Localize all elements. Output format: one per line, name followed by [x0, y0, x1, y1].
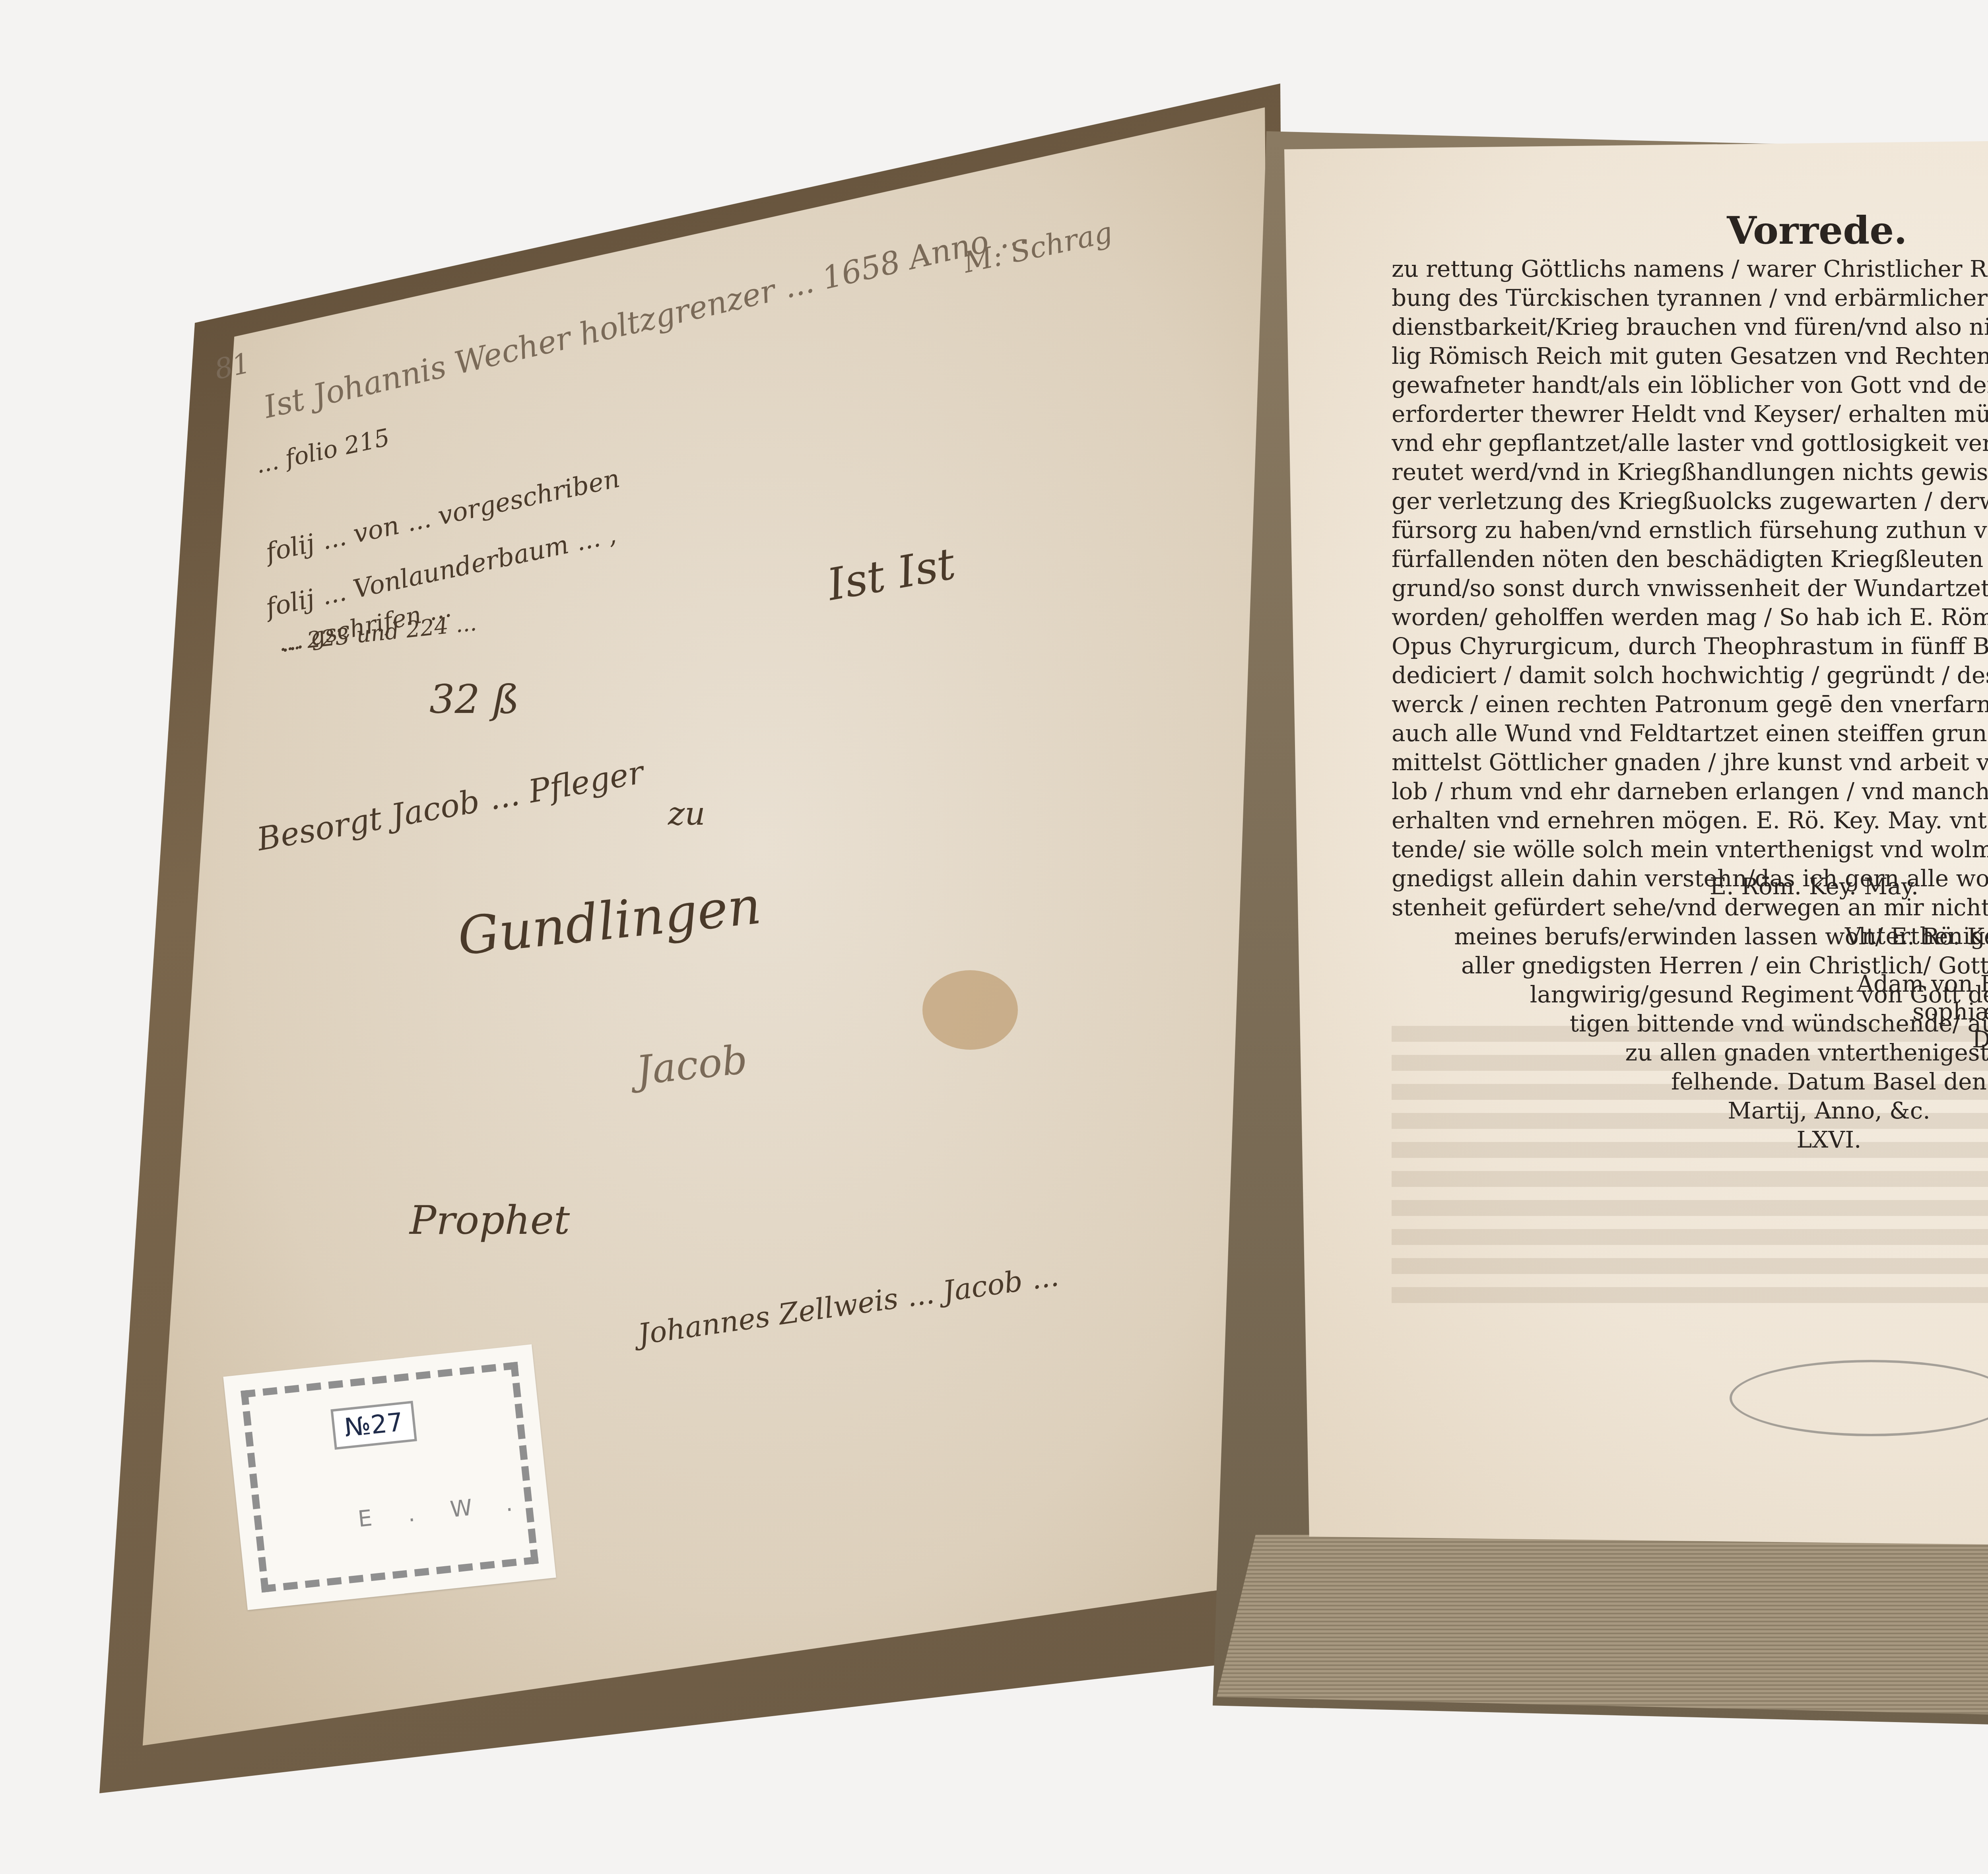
page-edges [1217, 1535, 1988, 1726]
text-line: grund/so sonst durch vnwissenheit der Wu… [1392, 574, 1988, 603]
photo-scene: 81 Ist Johannis Wecher holtzgrenzer ... … [0, 0, 1988, 1874]
text-line: felhende. Datum Basel den [1392, 1067, 1988, 1096]
page-heading: Vorrede. [1368, 207, 1988, 254]
text-line: dediciert / damit solch hochwichtig / ge… [1392, 661, 1988, 690]
inscription-price: 32 ß [429, 676, 519, 722]
text-line: tigen bittende vnd wündschende/ auch mic… [1392, 1009, 1988, 1038]
text-line: dienstbarkeit/Krieg brauchen vnd füren/v… [1392, 313, 1988, 342]
salutation: E. Röm. Key. May. [1710, 873, 1918, 900]
bookplate: №27 E.W. [223, 1344, 556, 1610]
inscription-zu: zu [668, 795, 705, 832]
inscription-prophet: Prophet [410, 1197, 570, 1243]
subscription: Vnterthenigster [1845, 922, 1988, 950]
text-line: erhalten vnd ernehren mögen. E. Rö. Key.… [1392, 806, 1988, 835]
preface-text: Vorrede. zu rettung Göttlichs namens / w… [1392, 207, 1988, 1154]
text-line: zu rettung Göttlichs namens / warer Chri… [1392, 254, 1988, 284]
text-line: lob / rhum vnd ehr darneben erlangen / v… [1392, 777, 1988, 806]
text-line: werck / einen rechten Patronum gegē den … [1392, 690, 1988, 719]
text-line: worden/ geholffen werden mag / So hab ic… [1392, 603, 1988, 632]
signature-line-1: Adam von Bodenstein/Philo- [1857, 970, 1988, 997]
text-line: lig Römisch Reich mit guten Gesatzen vnd… [1392, 342, 1988, 371]
text-line: mittelst Göttlicher gnaden / jhre kunst … [1392, 748, 1988, 777]
text-line: LXVI. [1392, 1125, 1988, 1154]
bookplate-number: №27 [330, 1401, 417, 1450]
stain [922, 970, 1018, 1050]
text-line: Martij, Anno, &c. [1392, 1096, 1988, 1125]
text-line: fürfallenden nöten den beschädigten Krie… [1392, 545, 1988, 574]
text-line: erforderter thewrer Heldt vnd Keyser/ er… [1392, 400, 1988, 429]
text-line: reutet werd/vnd in Kriegßhandlungen nich… [1392, 458, 1988, 487]
text-line: gewafneter handt/als ein löblicher von G… [1392, 371, 1988, 400]
text-line: ger verletzung des Kriegßuolcks zugewart… [1392, 487, 1988, 516]
text-line: zu allen gnaden vnterthenigest be- [1392, 1038, 1988, 1067]
text-line: fürsorg zu haben/vnd ernstlich fürsehung… [1392, 516, 1988, 545]
text-line: vnd ehr gepflantzet/alle laster vnd gott… [1392, 429, 1988, 458]
signature-line-2: sophiæ, vnd Medicinæ [1912, 998, 1988, 1025]
text-line: tende/ sie wölle solch mein vnterthenigs… [1392, 835, 1988, 864]
text-line: Opus Chyrurgicum, durch Theophrastum in … [1392, 632, 1988, 661]
signature-line-3: Doctor. [1972, 1026, 1988, 1053]
text-line: auch alle Wund vnd Feldtartzet einen ste… [1392, 719, 1988, 748]
text-line: bung des Türckischen tyrannen / vnd erbä… [1392, 284, 1988, 313]
bookplate-border [241, 1362, 538, 1592]
